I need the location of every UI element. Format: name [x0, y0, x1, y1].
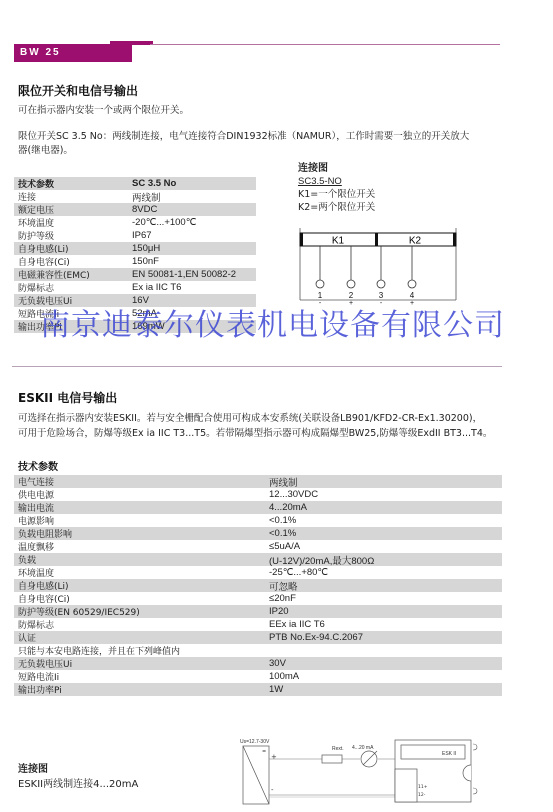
svg-text:3: 3: [379, 291, 384, 300]
spec-row: 防护等级 IP67: [14, 229, 256, 242]
spec-key: 输出功率Pi: [14, 320, 132, 333]
peak-values-note: 只能与本安电路连接，并且在下列峰值内: [14, 644, 502, 657]
model-label: BW 25: [20, 47, 61, 58]
spec-row: 自身电感(Li)可忽略: [14, 579, 502, 592]
header-rule: [150, 44, 500, 45]
spec-value: -20℃...+100℃: [132, 217, 196, 228]
svg-text:11+: 11+: [418, 784, 428, 790]
spec-row: 输出功率Pi1W: [14, 683, 502, 696]
connection-title: 连接图: [298, 162, 375, 175]
spec-row: 无负载电压Ui30V: [14, 657, 502, 670]
spec-value: 169mW: [132, 321, 165, 332]
model-header-bar: BW 25: [14, 44, 132, 62]
eskii-connection-caption: 连接图 ESKII两线制连接4...20mA: [18, 762, 138, 792]
spec-value: IP67: [132, 230, 152, 241]
spec-row: 短路电流Ii100mA: [14, 670, 502, 683]
connection-title: 连接图: [18, 762, 138, 777]
svg-text:4: 4: [410, 291, 415, 300]
spec-value: ≤5uA/A: [269, 541, 300, 552]
spec-value: 150μH: [132, 243, 160, 254]
section-title-limit-switch: 限位开关和电信号输出: [18, 82, 138, 99]
svg-text:-: -: [271, 786, 274, 794]
svg-text:12-: 12-: [418, 792, 426, 798]
spec-key: 防护等级: [14, 229, 132, 242]
spec-row: 输出电流4...20mA: [14, 501, 502, 514]
spec-value: 可忽略: [269, 579, 298, 593]
eskii-table-title: 技术参数: [18, 458, 58, 473]
spec-value: 8VDC: [132, 204, 157, 215]
spec-header-row: 技术参数 SC 3.5 No: [14, 177, 256, 190]
spec-value: EEx ia IIC T6: [269, 619, 325, 630]
legend-k1: K1=一个限位开关: [298, 188, 375, 201]
spec-value: 100mA: [269, 671, 299, 682]
spec-value: IP20: [269, 606, 289, 617]
spec-key: 自身电容(Ci): [14, 592, 269, 605]
spec-value: <0.1%: [269, 515, 296, 526]
spec-value: SC 3.5 No: [132, 178, 176, 189]
eskii-wiring-diagram: Us=12.7-30V = + - Rext. 4...20 mA ESK II…: [237, 737, 497, 809]
spec-value: Ex ia IIC T6: [132, 282, 181, 293]
svg-text:4...20 mA: 4...20 mA: [352, 745, 374, 751]
spec-row: 输出功率Pi 169mW: [14, 320, 256, 333]
svg-text:-: -: [380, 300, 383, 306]
svg-text:+: +: [410, 300, 414, 306]
spec-row: 供电电源12...30VDC: [14, 488, 502, 501]
block-k1: K1: [332, 236, 345, 247]
spec-key: 电磁兼容性(EMC): [14, 268, 132, 281]
spec-row: 负载电阻影响<0.1%: [14, 527, 502, 540]
block-k2: K2: [409, 236, 422, 247]
connection-subtitle: ESKII两线制连接4...20mA: [18, 777, 138, 792]
limit-switch-desc-line2: 器(继电器)。: [18, 144, 73, 158]
spec-row: 认证PTB No.Ex-94.C.2067: [14, 631, 502, 644]
svg-text:2: 2: [349, 291, 354, 300]
spec-row: 温度飘移≤5uA/A: [14, 540, 502, 553]
spec-key: 额定电压: [14, 203, 132, 216]
spec-key: 防爆标志: [14, 281, 132, 294]
spec-key: 连接: [14, 190, 132, 203]
spec-row: 环境温度-25℃...+80℃: [14, 566, 502, 579]
spec-row: 电气连接两线制: [14, 475, 502, 488]
spec-key: 负载电阻影响: [14, 527, 269, 540]
spec-key: 自身电感(Li): [14, 579, 269, 592]
spec-key: 短路电流Ii: [14, 307, 132, 320]
eskii-spec-table: 电气连接两线制 供电电源12...30VDC 输出电流4...20mA 电源影响…: [14, 475, 502, 696]
limit-switch-desc-line1: 限位开关SC 3.5 No：两线制连接，电气连接符合DIN1932标准（NAMU…: [18, 130, 469, 144]
spec-key: 温度飘移: [14, 540, 269, 553]
spec-key: 电源影响: [14, 514, 269, 527]
spec-value: 30V: [269, 658, 286, 669]
spec-value: 4...20mA: [269, 502, 307, 513]
spec-value: 两线制: [269, 475, 298, 489]
spec-value: PTB No.Ex-94.C.2067: [269, 632, 363, 643]
spec-row: 短路电流Ii 52mA: [14, 307, 256, 320]
spec-row: 防护等级(EN 60529/IEC529)IP20: [14, 605, 502, 618]
svg-text:=: =: [262, 749, 266, 755]
spec-value: 12...30VDC: [269, 489, 318, 500]
spec-key: 无负载电压Ui: [14, 294, 132, 307]
limit-switch-spec-table: 技术参数 SC 3.5 No 连接 两线制 额定电压 8VDC 环境温度 -20…: [14, 177, 256, 333]
section-divider: [12, 366, 502, 367]
spec-key: 环境温度: [14, 566, 269, 579]
spec-value: (U-12V)/20mA,最大800Ω: [269, 553, 374, 567]
spec-value: -25℃...+80℃: [269, 567, 328, 578]
spec-key: 防爆标志: [14, 618, 269, 631]
spec-row: 连接 两线制: [14, 190, 256, 203]
spec-key: 环境温度: [14, 216, 132, 229]
supply-label: Us=12.7-30V: [240, 739, 270, 745]
eskii-desc-line1: 可选择在指示器内安装ESKII。若与安全栅配合使用可构成本安系统(关联设备LB9…: [18, 412, 482, 426]
spec-key: 认证: [14, 631, 269, 644]
spec-key: 输出电流: [14, 501, 269, 514]
spec-key: 负载: [14, 553, 269, 566]
spec-key: 短路电流Ii: [14, 670, 269, 683]
limit-switch-wiring-diagram: K1 K2 1234 -+-+: [298, 228, 458, 306]
spec-value: 16V: [132, 295, 149, 306]
spec-key: 防护等级(EN 60529/IEC529): [14, 605, 269, 618]
spec-row: 环境温度 -20℃...+100℃: [14, 216, 256, 229]
limit-switch-intro: 可在指示器内安装一个或两个限位开关。: [18, 104, 189, 118]
spec-row: 自身电容(Ci)≤20nF: [14, 592, 502, 605]
spec-row: 防爆标志EEx ia IIC T6: [14, 618, 502, 631]
spec-value: 150nF: [132, 256, 159, 267]
svg-text:Rext.: Rext.: [332, 746, 344, 752]
spec-value: ≤20nF: [269, 593, 296, 604]
spec-row: 防爆标志 Ex ia IIC T6: [14, 281, 256, 294]
spec-key: 自身电容(Ci): [14, 255, 132, 268]
spec-value: <0.1%: [269, 528, 296, 539]
spec-value: 52mA: [132, 308, 157, 319]
section-title-eskii: ESKII 电信号输出: [18, 389, 117, 406]
spec-value: 两线制: [132, 190, 161, 204]
spec-key: 无负载电压Ui: [14, 657, 269, 670]
spec-row: 电磁兼容性(EMC) EN 50081-1,EN 50082-2: [14, 268, 256, 281]
spec-value: EN 50081-1,EN 50082-2: [132, 269, 236, 280]
svg-text:ESK II: ESK II: [442, 751, 456, 757]
spec-key: 输出功率Pi: [14, 683, 269, 696]
svg-text:+: +: [349, 300, 353, 306]
spec-row: 电源影响<0.1%: [14, 514, 502, 527]
spec-row: 额定电压 8VDC: [14, 203, 256, 216]
limit-switch-connection-legend: 连接图 SC3.5-NO K1=一个限位开关 K2=两个限位开关: [298, 162, 375, 214]
spec-row: 负载(U-12V)/20mA,最大800Ω: [14, 553, 502, 566]
svg-text:+: +: [271, 753, 277, 761]
note-text: 只能与本安电路连接，并且在下列峰值内: [14, 644, 180, 657]
spec-value: 1W: [269, 684, 283, 695]
spec-row: 自身电感(Li) 150μH: [14, 242, 256, 255]
spec-key: 技术参数: [14, 177, 132, 190]
spec-key: 自身电感(Li): [14, 242, 132, 255]
svg-text:-: -: [319, 300, 322, 306]
spec-key: 电气连接: [14, 475, 269, 488]
connection-model: SC3.5-NO: [298, 175, 375, 188]
legend-k2: K2=两个限位开关: [298, 201, 375, 214]
spec-row: 无负载电压Ui 16V: [14, 294, 256, 307]
spec-row: 自身电容(Ci) 150nF: [14, 255, 256, 268]
svg-text:1: 1: [318, 291, 323, 300]
eskii-desc-line2: 可用于危险场合，防爆等级Ex ia IIC T3...T5。若带隔爆型指示器可构…: [18, 427, 492, 441]
spec-key: 供电电源: [14, 488, 269, 501]
